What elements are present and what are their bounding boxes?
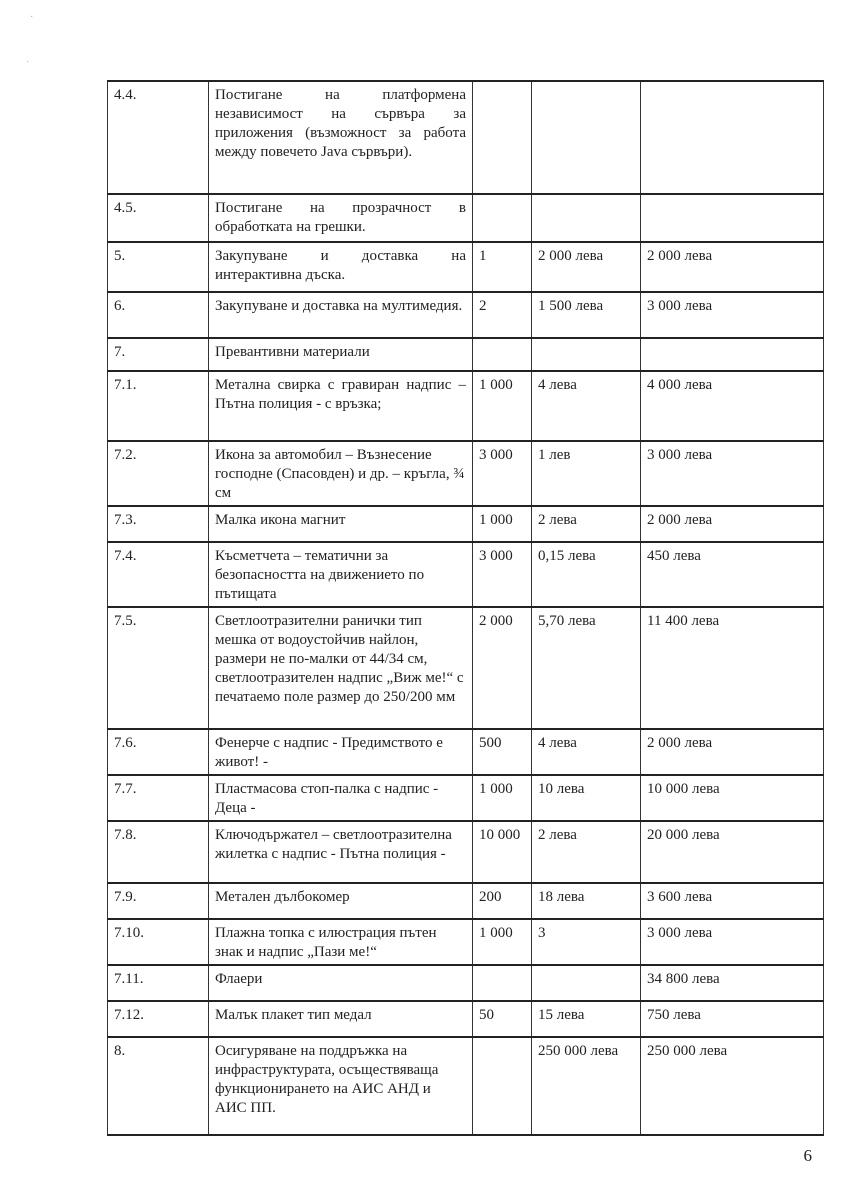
description-cell: Малка икона магнит [209,506,473,542]
item-number-cell: 6. [108,292,209,338]
total-price-cell [641,81,824,194]
description-cell: Плажна топка с илюстрация пътен знак и н… [209,919,473,965]
quantity-cell: 2 [473,292,532,338]
quantity-cell: 3 000 [473,542,532,607]
item-number-cell: 7.5. [108,607,209,729]
total-price-cell: 2 000 лева [641,729,824,775]
quantity-cell: 500 [473,729,532,775]
unit-price-cell: 1 лев [532,441,641,506]
item-number-cell: 4.4. [108,81,209,194]
table-row: 5.Закупуване и доставка на интерактивна … [108,242,824,292]
unit-price-cell: 4 лева [532,729,641,775]
item-number-cell: 8. [108,1037,209,1135]
unit-price-cell: 3 [532,919,641,965]
description-cell: Икона за автомобил – Възнесение господне… [209,441,473,506]
quantity-cell: 1 000 [473,371,532,441]
quantity-cell: 1 000 [473,919,532,965]
table-row: 7.5.Светлоотразителни ранички тип мешка … [108,607,824,729]
item-number-cell: 4.5. [108,194,209,242]
table-row: 8.Осигуряване на поддръжка на инфраструк… [108,1037,824,1135]
quantity-cell: 50 [473,1001,532,1037]
total-price-cell: 250 000 лева [641,1037,824,1135]
table-row: 7.11.Флаери34 800 лева [108,965,824,1001]
unit-price-cell [532,965,641,1001]
quantity-cell [473,81,532,194]
table-row: 7.8.Ключодържател – светлоотразителна жи… [108,821,824,883]
page-number: 6 [804,1146,813,1166]
total-price-cell: 2 000 лева [641,506,824,542]
item-number-cell: 7.1. [108,371,209,441]
quantity-cell [473,965,532,1001]
unit-price-cell: 5,70 лева [532,607,641,729]
total-price-cell: 2 000 лева [641,242,824,292]
total-price-cell [641,194,824,242]
unit-price-cell: 250 000 лева [532,1037,641,1135]
item-number-cell: 5. [108,242,209,292]
table-row: 7.6.Фенерче с надпис - Предимството е жи… [108,729,824,775]
table-row: 7.1.Метална свирка с гравиран надпис – П… [108,371,824,441]
quantity-cell: 2 000 [473,607,532,729]
table-row: 6.Закупуване и доставка на мултимедия.21… [108,292,824,338]
total-price-cell: 3 000 лева [641,441,824,506]
unit-price-cell: 4 лева [532,371,641,441]
quantity-cell: 200 [473,883,532,919]
unit-price-cell [532,81,641,194]
item-number-cell: 7.11. [108,965,209,1001]
quantity-cell: 1 [473,242,532,292]
quantity-cell: 1 000 [473,506,532,542]
table-row: 4.5.Постигане на прозрачност в обработка… [108,194,824,242]
item-number-cell: 7.3. [108,506,209,542]
description-cell: Закупуване и доставка на мултимедия. [209,292,473,338]
description-cell: Закупуване и доставка на интерактивна дъ… [209,242,473,292]
description-cell: Ключодържател – светлоотразителна жилетк… [209,821,473,883]
item-number-cell: 7.7. [108,775,209,821]
cost-table: 4.4.Постигане на платформена независимос… [107,80,824,1136]
quantity-cell: 10 000 [473,821,532,883]
scan-speck: · [30,12,33,23]
total-price-cell: 450 лева [641,542,824,607]
description-cell: Фенерче с надпис - Предимството е живот!… [209,729,473,775]
total-price-cell: 34 800 лева [641,965,824,1001]
quantity-cell: 1 000 [473,775,532,821]
total-price-cell: 3 000 лева [641,292,824,338]
scan-speck: ˙ [26,60,29,71]
table-row: 7.10.Плажна топка с илюстрация пътен зна… [108,919,824,965]
description-cell: Пластмасова стоп-палка с надпис - Деца - [209,775,473,821]
total-price-cell: 10 000 лева [641,775,824,821]
description-cell: Светлоотразителни ранички тип мешка от в… [209,607,473,729]
quantity-cell [473,338,532,371]
item-number-cell: 7.9. [108,883,209,919]
item-number-cell: 7. [108,338,209,371]
description-cell: Постигане на платформена независимост на… [209,81,473,194]
description-cell: Превантивни материали [209,338,473,371]
table-row: 7.3.Малка икона магнит1 0002 лева2 000 л… [108,506,824,542]
quantity-cell: 3 000 [473,441,532,506]
unit-price-cell: 2 лева [532,506,641,542]
item-number-cell: 7.2. [108,441,209,506]
unit-price-cell [532,194,641,242]
table-row: 7.9.Метален дълбокомер20018 лева3 600 ле… [108,883,824,919]
item-number-cell: 7.4. [108,542,209,607]
description-cell: Късметчета – тематични за безопасността … [209,542,473,607]
total-price-cell: 4 000 лева [641,371,824,441]
description-cell: Метален дълбокомер [209,883,473,919]
unit-price-cell: 10 лева [532,775,641,821]
item-number-cell: 7.6. [108,729,209,775]
total-price-cell: 20 000 лева [641,821,824,883]
description-cell: Постигане на прозрачност в обработката н… [209,194,473,242]
unit-price-cell [532,338,641,371]
table-row: 7.7.Пластмасова стоп-палка с надпис - Де… [108,775,824,821]
total-price-cell: 11 400 лева [641,607,824,729]
description-cell: Флаери [209,965,473,1001]
unit-price-cell: 1 500 лева [532,292,641,338]
table-row: 7.12.Малък плакет тип медал5015 лева750 … [108,1001,824,1037]
total-price-cell [641,338,824,371]
table-row: 7.Превантивни материали [108,338,824,371]
table-row: 7.2.Икона за автомобил – Възнесение госп… [108,441,824,506]
item-number-cell: 7.10. [108,919,209,965]
unit-price-cell: 0,15 лева [532,542,641,607]
total-price-cell: 3 600 лева [641,883,824,919]
unit-price-cell: 18 лева [532,883,641,919]
table-row: 4.4.Постигане на платформена независимос… [108,81,824,194]
table-row: 7.4.Късметчета – тематични за безопаснос… [108,542,824,607]
quantity-cell [473,194,532,242]
description-cell: Малък плакет тип медал [209,1001,473,1037]
unit-price-cell: 2 000 лева [532,242,641,292]
unit-price-cell: 2 лева [532,821,641,883]
cost-table-body: 4.4.Постигане на платформена независимос… [108,81,824,1135]
unit-price-cell: 15 лева [532,1001,641,1037]
item-number-cell: 7.8. [108,821,209,883]
description-cell: Осигуряване на поддръжка на инфраструкту… [209,1037,473,1135]
item-number-cell: 7.12. [108,1001,209,1037]
total-price-cell: 750 лева [641,1001,824,1037]
total-price-cell: 3 000 лева [641,919,824,965]
quantity-cell [473,1037,532,1135]
description-cell: Метална свирка с гравиран надпис – Пътна… [209,371,473,441]
